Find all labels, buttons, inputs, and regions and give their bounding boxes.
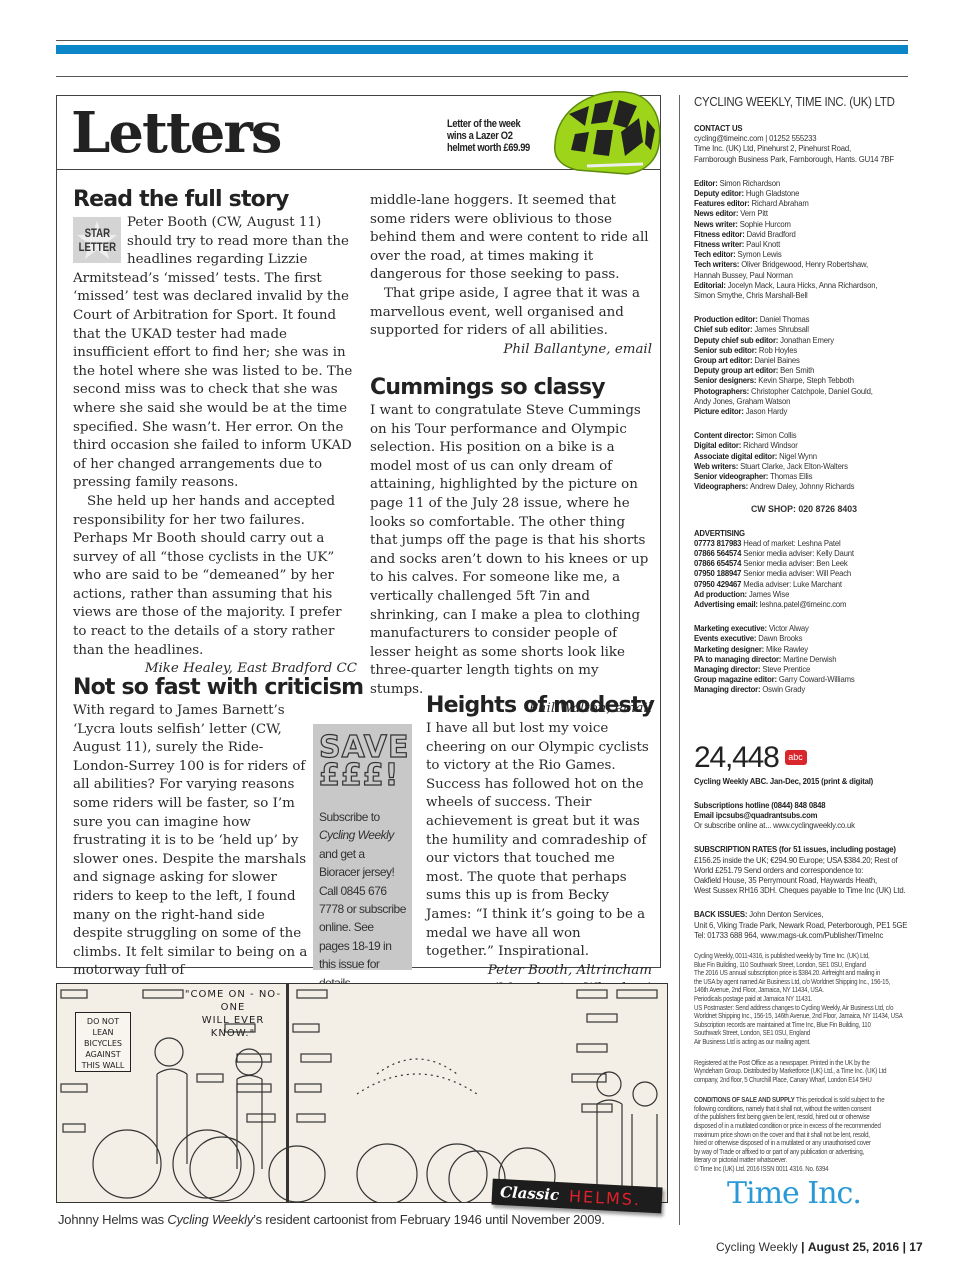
staff-line: Managing director: Oswin Grady <box>694 684 892 694</box>
staff-line: 07950 188947 Senior media adviser: Will … <box>694 568 892 578</box>
staff-line: Picture editor: Jason Hardy <box>694 406 892 416</box>
subscription-rates: SUBSCRIPTION RATES (for 51 issues, inclu… <box>694 844 914 895</box>
page-footer: Cycling Weekly | August 25, 2016 | 17 <box>716 1240 923 1254</box>
contact-block: CONTACT US cycling@timeinc.com | 01252 5… <box>694 123 914 164</box>
staff-line: Senior designers: Kevin Sharpe, Steph Te… <box>694 375 892 385</box>
letter-not-so-fast-continued: middle-lane hoggers. It seemed that some… <box>370 192 652 359</box>
staff-line: Senior sub editor: Rob Hoyles <box>694 345 892 355</box>
issue-date: August 25, 2016 <box>808 1240 899 1254</box>
abc-logo-icon: abc <box>785 750 807 765</box>
staff-line: Tech editor: Symon Lewis <box>694 249 892 259</box>
staff-line: Photographers: Christopher Catchpole, Da… <box>694 386 892 396</box>
staff-line: Chief sub editor: James Shrubsall <box>694 324 892 334</box>
staff-line: Videographers: Andrew Daley, Johnny Rich… <box>694 481 892 491</box>
letters-section: Letters Letter of the week wins a Lazer … <box>56 95 661 968</box>
top-rule <box>56 40 908 41</box>
staff-line: Tech writers: Oliver Bridgewood, Henry R… <box>694 259 892 269</box>
masthead-title: CYCLING WEEKLY, TIME INC. (UK) LTD <box>694 94 888 109</box>
staff-line: Fitness writer: Paul Knott <box>694 239 892 249</box>
prize-notice: Letter of the week wins a Lazer O2 helme… <box>447 118 541 154</box>
staff-line: Editorial: Jocelyn Mack, Laura Hicks, An… <box>694 280 892 290</box>
digital-staff: Content director: Simon CollisDigital ed… <box>694 430 914 491</box>
letter-paragraph: I have all but lost my voice cheering on… <box>426 720 652 962</box>
masthead-sidebar: CYCLING WEEKLY, TIME INC. (UK) LTD CONTA… <box>694 94 914 1174</box>
letter-cummings-so-classy: Cummings so classy I want to congratulat… <box>370 374 652 718</box>
letter-headline: Not so fast with criticism <box>73 674 373 702</box>
time-inc-logo: Time Inc. <box>727 1176 861 1211</box>
abc-caption: Cycling Weekly ABC. Jan-Dec, 2015 (print… <box>694 776 873 786</box>
staff-line: Group magazine editor: Garry Coward-Will… <box>694 674 892 684</box>
management-block: Marketing executive: Victor AlwayEvents … <box>694 623 914 694</box>
staff-line: Content director: Simon Collis <box>694 430 892 440</box>
staff-line: Editor: Simon Richardson <box>694 178 892 188</box>
abc-circulation: 24,448 abc <box>694 743 914 773</box>
staff-line: PA to managing director: Martine Derwish <box>694 654 892 664</box>
accent-bar <box>56 45 908 54</box>
cartoon-illustration <box>57 984 668 1203</box>
letter-paragraph: She held up her hands and accepted respo… <box>73 493 357 660</box>
speech-bubble: "COME ON - NO-ONE WILL EVER KNOW." <box>173 988 293 1040</box>
letter-headline: Cummings so classy <box>370 374 652 402</box>
editorial-staff: Editor: Simon RichardsonDeputy editor: H… <box>694 178 914 300</box>
header-rule <box>56 76 908 77</box>
letter-not-so-fast: Not so fast with criticism With regard t… <box>73 674 313 981</box>
cartoon-caption: Johnny Helms was Cycling Weekly’s reside… <box>58 1212 605 1227</box>
staff-line: 07950 429467 Media adviser: Luke Marchan… <box>694 579 892 589</box>
letter-paragraph: I want to congratulate Steve Cummings on… <box>370 402 652 700</box>
page-number: 17 <box>909 1240 922 1254</box>
letter-headline: Read the full story <box>73 186 357 214</box>
staff-line: Advertising email: leshna.patel@timeinc.… <box>694 599 892 609</box>
helmet-image <box>547 84 665 176</box>
staff-line: Digital editor: Richard Windsor <box>694 440 892 450</box>
section-title: Letters <box>71 98 280 168</box>
staff-line: Production editor: Daniel Thomas <box>694 314 892 324</box>
back-issues: BACK ISSUES: John Denton Services, Unit … <box>694 909 914 940</box>
staff-line: Deputy editor: Hugh Gladstone <box>694 188 892 198</box>
staff-line: Fitness editor: David Bradford <box>694 229 892 239</box>
staff-line: Associate digital editor: Nigel Wynn <box>694 451 892 461</box>
registration-info: Registered at the Post Office as a newsp… <box>694 1059 914 1085</box>
staff-line: Managing director: Steve Prentice <box>694 664 892 674</box>
staff-line: Group art editor: Daniel Baines <box>694 355 892 365</box>
publishing-info: Cycling Weekly, 0011-4316, is published … <box>694 952 914 1047</box>
cartoon-strip: DO NOT LEAN BICYCLES AGAINST THIS WALL "… <box>56 983 668 1203</box>
sidebar-divider <box>679 95 680 1225</box>
cw-shop-phone: CW SHOP: 020 8726 8403 <box>694 504 914 514</box>
letter-paragraph: With regard to James Barnett’s ‘Lycra lo… <box>73 702 313 981</box>
staff-line: 07773 817983 Head of market: Leshna Pate… <box>694 538 892 548</box>
staff-line: 07866 654574 Senior media adviser: Ben L… <box>694 558 892 568</box>
conditions-of-sale: CONDITIONS OF SALE AND SUPPLY This perio… <box>694 1096 914 1173</box>
advertising-block: ADVERTISING 07773 817983 Head of market:… <box>694 528 914 610</box>
star-letter-badge: STARLETTER <box>73 217 121 263</box>
letters-header: Letters Letter of the week wins a Lazer … <box>57 96 660 170</box>
save-title: SAVE £££! <box>319 734 406 790</box>
subscribe-online-link[interactable]: Or subscribe online at... www.cyclingwee… <box>694 820 892 830</box>
letter-paragraph: middle-lane hoggers. It seemed that some… <box>370 192 652 285</box>
staff-line: Features editor: Richard Abraham <box>694 198 892 208</box>
staff-line: News editor: Vern Pitt <box>694 208 892 218</box>
circulation-figure: 24,448 <box>694 743 779 773</box>
staff-line: Senior videographer: Thomas Ellis <box>694 471 892 481</box>
staff-line: Marketing executive: Victor Alway <box>694 623 892 633</box>
production-staff: Production editor: Daniel ThomasChief su… <box>694 314 914 416</box>
subscriptions-block: Subscriptions hotline (0844) 848 0848 Em… <box>694 800 914 831</box>
promo-body: Subscribe to Cycling Weekly and get a Bi… <box>319 808 406 992</box>
subscribe-promo[interactable]: SAVE £££! Subscribe to Cycling Weekly an… <box>313 724 412 970</box>
staff-line: Deputy group art editor: Ben Smith <box>694 365 892 375</box>
staff-line: News writer: Sophie Hurcom <box>694 219 892 229</box>
letter-heights-of-modesty: Heights of modesty I have all but lost m… <box>426 692 652 999</box>
no-bicycles-sign: DO NOT LEAN BICYCLES AGAINST THIS WALL <box>75 1012 131 1072</box>
letter-headline: Heights of modesty <box>426 692 652 720</box>
staff-line: 07866 564574 Senior media adviser: Kelly… <box>694 548 892 558</box>
staff-line: Deputy chief sub editor: Jonathan Emery <box>694 335 892 345</box>
letter-read-the-full-story: Read the full story STARLETTER Peter Boo… <box>73 186 357 679</box>
staff-line: Ad production: James Wise <box>694 589 892 599</box>
staff-line: Marketing designer: Mike Rawley <box>694 644 892 654</box>
letter-paragraph: That gripe aside, I agree that it was a … <box>370 285 652 341</box>
staff-line: Events executive: Dawn Brooks <box>694 633 892 643</box>
staff-line: Web writers: Stuart Clarke, Jack Elton-W… <box>694 461 892 471</box>
letter-signature: Phil Ballantyne, email <box>370 341 652 360</box>
